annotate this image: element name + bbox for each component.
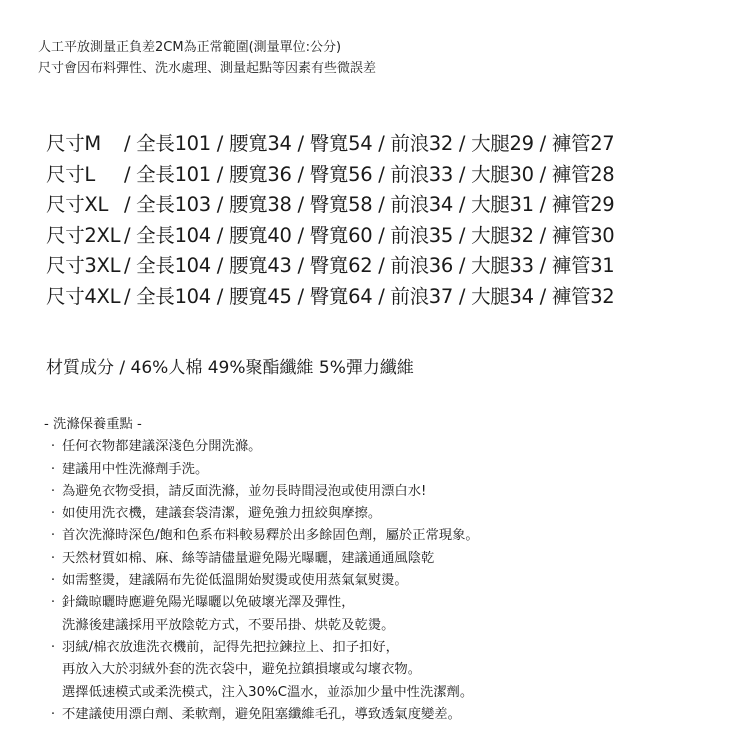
size-row-l: 尺寸L / 全長101 / 腰寬36 / 臀寬56 / 前浪33 / 大腿30 …: [46, 160, 614, 191]
bullet-dot-icon: ·: [44, 637, 62, 659]
size-label: 尺寸4XL: [46, 282, 124, 313]
care-item: · 建議用中性洗滌劑手洗。: [44, 459, 479, 481]
bullet-dot-icon: ·: [44, 459, 62, 481]
bullet-dot-icon: ·: [44, 592, 62, 614]
care-item: · 如需整燙，建議隔布先從低溫開始熨燙或使用蒸氣氣熨燙。: [44, 570, 479, 592]
care-item: · 為避免衣物受損，請反面洗滌，並勿長時間浸泡或使用漂白水!: [44, 481, 479, 503]
care-item-continuation: 再放入大於羽絨外套的洗衣袋中，避免拉鎮損壞或勾壞衣物。: [44, 659, 479, 681]
care-item: · 羽絨/棉衣放進洗衣機前，記得先把拉鍊拉上、扣子扣好，: [44, 637, 479, 659]
care-item-text: 羽絨/棉衣放進洗衣機前，記得先把拉鍊拉上、扣子扣好，: [62, 637, 399, 659]
measurement-note-line-2: 尺寸會因布料彈性、洗水處理、測量起點等因素有些微誤差: [38, 58, 376, 79]
material-composition: 材質成分 / 46%人棉 49%聚酯纖維 5%彈力纖維: [46, 356, 414, 380]
care-item: · 任何衣物都建議深淺色分開洗滌。: [44, 436, 479, 458]
size-values: / 全長104 / 腰寬40 / 臀寬60 / 前浪35 / 大腿32 / 褲管…: [124, 221, 614, 252]
bullet-dot-icon: ·: [44, 503, 62, 525]
care-item: · 首次洗滌時深色/飽和色系布料較易釋於出多餘固色劑，屬於正常現象。: [44, 525, 479, 547]
care-item-text: 針織晾曬時應避免陽光曝曬以免破壞光澤及彈性，: [62, 592, 355, 614]
bullet-dot-icon: ·: [44, 525, 62, 547]
measurement-note-line-1: 人工平放測量正負差2CM為正常範圍(測量單位:公分): [38, 37, 376, 58]
care-item: · 天然材質如棉、麻、絲等請儘量避免陽光曝曬，建議通通風陰乾: [44, 548, 479, 570]
care-item-text: 任何衣物都建議深淺色分開洗滌。: [62, 436, 261, 458]
care-item: · 不建議使用漂白劑、柔軟劑，避免阻塞纖維毛孔，導致透氣度變差。: [44, 704, 479, 726]
care-item-continuation: 選擇低速模式或柔洗模式，注入30%C溫水，並添加少量中性洗潔劑。: [44, 682, 479, 704]
size-label: 尺寸2XL: [46, 221, 124, 252]
size-values: / 全長103 / 腰寬38 / 臀寬58 / 前浪34 / 大腿31 / 褲管…: [124, 190, 614, 221]
bullet-dot-icon: ·: [44, 481, 62, 503]
size-values: / 全長104 / 腰寬43 / 臀寬62 / 前浪36 / 大腿33 / 褲管…: [124, 251, 614, 282]
care-title: - 洗滌保養重點 -: [44, 414, 479, 436]
size-row-2xl: 尺寸2XL / 全長104 / 腰寬40 / 臀寬60 / 前浪35 / 大腿3…: [46, 221, 614, 252]
care-instructions: - 洗滌保養重點 - · 任何衣物都建議深淺色分開洗滌。 · 建議用中性洗滌劑手…: [44, 414, 479, 726]
care-item-text: 為避免衣物受損，請反面洗滌，並勿長時間浸泡或使用漂白水!: [62, 481, 426, 503]
size-label: 尺寸3XL: [46, 251, 124, 282]
measurement-note: 人工平放測量正負差2CM為正常範圍(測量單位:公分) 尺寸會因布料彈性、洗水處理…: [38, 37, 376, 79]
size-label: 尺寸M: [46, 129, 124, 160]
size-values: / 全長101 / 腰寬34 / 臀寬54 / 前浪32 / 大腿29 / 褲管…: [124, 129, 614, 160]
care-item: · 針織晾曬時應避免陽光曝曬以免破壞光澤及彈性，: [44, 592, 479, 614]
size-row-4xl: 尺寸4XL / 全長104 / 腰寬45 / 臀寬64 / 前浪37 / 大腿3…: [46, 282, 614, 313]
bullet-dot-icon: ·: [44, 570, 62, 592]
care-item-text: 如需整燙，建議隔布先從低溫開始熨燙或使用蒸氣氣熨燙。: [62, 570, 408, 592]
size-row-3xl: 尺寸3XL / 全長104 / 腰寬43 / 臀寬62 / 前浪36 / 大腿3…: [46, 251, 614, 282]
size-row-xl: 尺寸XL / 全長103 / 腰寬38 / 臀寬58 / 前浪34 / 大腿31…: [46, 190, 614, 221]
care-item: · 如使用洗衣機，建議套袋清潔，避免強力扭絞與摩擦。: [44, 503, 479, 525]
care-item-text: 首次洗滌時深色/飽和色系布料較易釋於出多餘固色劑，屬於正常現象。: [62, 525, 479, 547]
size-label: 尺寸XL: [46, 190, 124, 221]
care-item-text: 如使用洗衣機，建議套袋清潔，避免強力扭絞與摩擦。: [62, 503, 381, 525]
size-label: 尺寸L: [46, 160, 124, 191]
bullet-dot-icon: ·: [44, 704, 62, 726]
care-item-text: 建議用中性洗滌劑手洗。: [62, 459, 208, 481]
size-values: / 全長104 / 腰寬45 / 臀寬64 / 前浪37 / 大腿34 / 褲管…: [124, 282, 614, 313]
care-item-continuation: 洗滌後建議採用平放陰乾方式，不要吊掛、烘乾及乾燙。: [44, 615, 479, 637]
care-item-text: 天然材質如棉、麻、絲等請儘量避免陽光曝曬，建議通通風陰乾: [62, 548, 434, 570]
size-row-m: 尺寸M / 全長101 / 腰寬34 / 臀寬54 / 前浪32 / 大腿29 …: [46, 129, 614, 160]
bullet-dot-icon: ·: [44, 548, 62, 570]
size-chart: 尺寸M / 全長101 / 腰寬34 / 臀寬54 / 前浪32 / 大腿29 …: [46, 129, 614, 313]
bullet-dot-icon: ·: [44, 436, 62, 458]
size-values: / 全長101 / 腰寬36 / 臀寬56 / 前浪33 / 大腿30 / 褲管…: [124, 160, 614, 191]
care-item-text: 不建議使用漂白劑、柔軟劑，避免阻塞纖維毛孔，導致透氣度變差。: [62, 704, 461, 726]
